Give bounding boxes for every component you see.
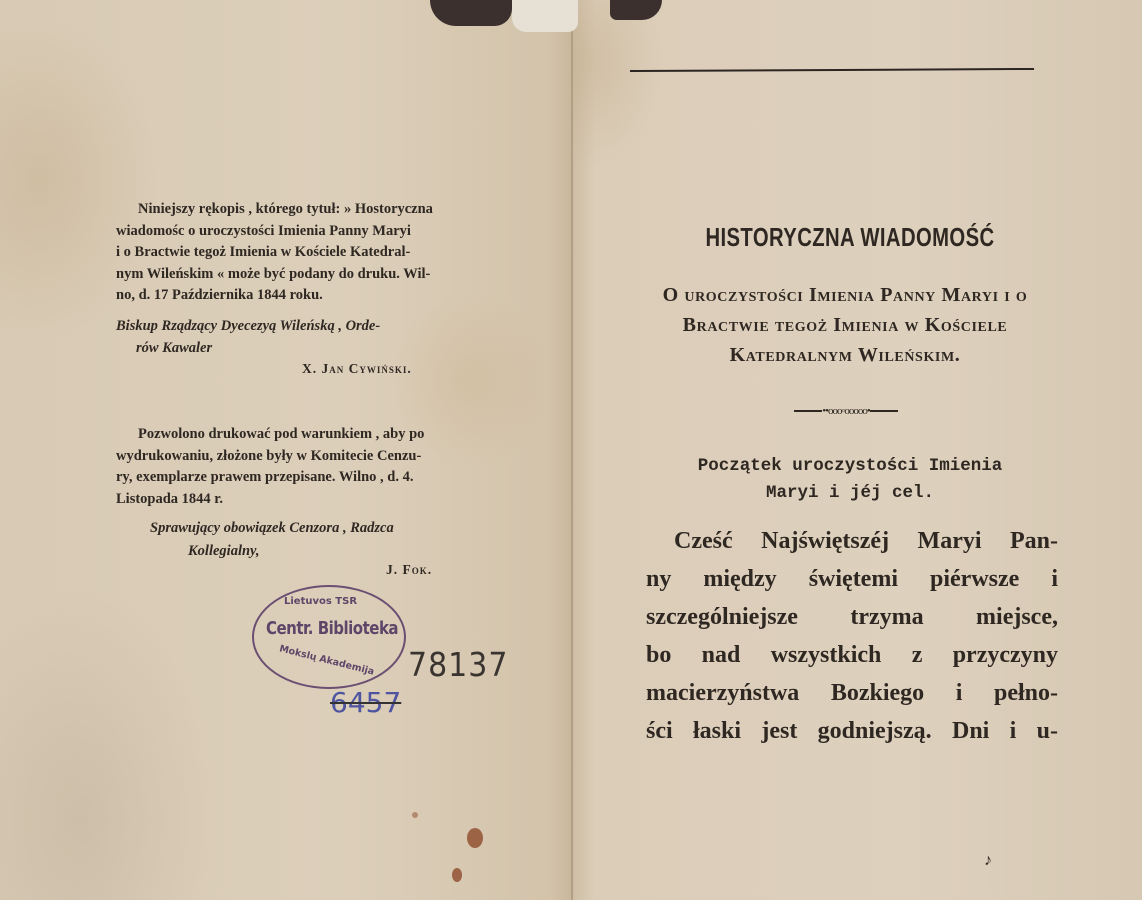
bishop-title-line1: Biskup Rządzący Dyecezyą Wileńską , Orde…	[116, 318, 380, 335]
bishop-signature: X. Jan Cywiński.	[302, 361, 412, 377]
book-spread: Niniejszy rękopis , którego tytuł: » Hos…	[0, 0, 1142, 900]
torn-paper-edge	[430, 0, 650, 28]
text-line: Niniejszy rękopis , którego tytuł: » Hos…	[116, 199, 510, 221]
foxing-spot	[467, 828, 483, 848]
stamp-top-text: Lietuvos TSR	[284, 596, 357, 607]
torn-paper-patch	[512, 0, 578, 32]
text-line: nym Wileńskim « może być podany do druku…	[116, 264, 510, 286]
censor-title-line1: Sprawujący obowiązek Cenzora , Radzca	[150, 520, 394, 537]
body-line: Cześć Najświętszéj Maryi Pan-	[646, 522, 1058, 560]
body-paragraph: Cześć Najświętszéj Maryi Pan- ny między …	[646, 522, 1058, 750]
text-line: ry, exemplarze prawem przepisane. Wilno …	[116, 467, 510, 489]
body-line: ny między świętemi piérwsze i	[646, 560, 1058, 598]
stamp-middle-text: Centr. Biblioteka	[266, 617, 398, 639]
foxing-spot	[452, 868, 462, 882]
text-line: wiadomośc o uroczystości Imienia Panny M…	[116, 221, 510, 243]
subtitle-line: Bractwie tegoż Imienia w Kościele	[622, 310, 1068, 340]
censorship-paragraph: Pozwolono drukować pod warunkiem , aby p…	[116, 424, 510, 510]
page-title: HISTORYCZNA WIADOMOŚĆ	[671, 222, 1030, 253]
divider-line	[870, 410, 898, 412]
censor-signature: J. Fok.	[386, 562, 432, 578]
text-line: i o Bractwie tegoż Imienia w Kościele Ka…	[116, 242, 510, 264]
subtitle: O uroczystości Imienia Panny Maryi i o B…	[622, 280, 1068, 370]
body-line: ści łaski jest godniejszą. Dni i u-	[646, 712, 1058, 750]
chapter-heading-line: Początek uroczystości Imienia	[640, 453, 1060, 480]
subtitle-line: O uroczystości Imienia Panny Maryi i o	[622, 280, 1068, 310]
subtitle-line: Katedralnym Wileńskim.	[622, 340, 1068, 370]
book-gutter	[571, 0, 573, 900]
torn-shadow-left	[430, 0, 512, 26]
handwritten-catalog-number: 78137	[408, 646, 508, 685]
right-page	[572, 0, 1142, 900]
censor-title-line2: Kollegialny,	[188, 543, 260, 560]
foxing-spot	[412, 812, 418, 818]
text-line: no, d. 17 Października 1844 roku.	[116, 285, 510, 307]
text-line: Listopada 1844 r.	[116, 489, 510, 511]
imprimatur-paragraph: Niniejszy rękopis , którego tytuł: » Hos…	[116, 199, 510, 307]
bishop-title-line2: rów Kawaler	[136, 340, 212, 357]
body-line: macierzyństwa Bozkiego i pełno-	[646, 674, 1058, 712]
body-line: szczególniejsze trzyma miejsce,	[646, 598, 1058, 636]
crossed-out-catalog-number: 6457	[330, 686, 401, 719]
divider-beads: ••ooo◦ooooo•	[822, 405, 869, 417]
text-line: Pozwolono drukować pod warunkiem , aby p…	[116, 424, 510, 446]
ornamental-divider: ••ooo◦ooooo•	[788, 405, 904, 417]
library-stamp: Lietuvos TSR Centr. Biblioteka Mokslų Ak…	[252, 585, 406, 689]
printer-mark: ♪	[984, 852, 992, 870]
text-line: wydrukowaniu, złożone były w Komitecie C…	[116, 446, 510, 468]
body-line: bo nad wszystkich z przyczyny	[646, 636, 1058, 674]
divider-line	[794, 410, 822, 412]
stamp-bottom-text: Mokslų Akademija	[278, 643, 375, 677]
chapter-heading-line: Maryi i jéj cel.	[640, 480, 1060, 507]
chapter-heading: Początek uroczystości Imienia Maryi i jé…	[640, 453, 1060, 507]
